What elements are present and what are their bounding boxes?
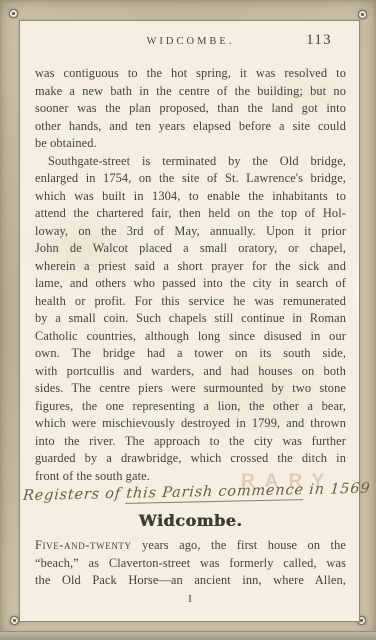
text-line: with portcullis and warders, and had hou…: [35, 363, 346, 381]
page-number: 113: [306, 32, 332, 49]
text-line: the Old Pack Horse—an ancient inn, where…: [35, 572, 346, 590]
text-line: was contiguous to the hot spring, it was…: [35, 65, 346, 83]
text-line: health or profit. For this service he wa…: [35, 293, 346, 311]
text-line: Five-and-twenty years ago, the first hou…: [35, 537, 346, 555]
text-line: sooner was the plan proposed, than the l…: [35, 100, 346, 118]
text-line: make a new bath in the centre of the bui…: [35, 83, 346, 101]
annotation-text-start: Registers of: [22, 486, 127, 504]
text-line: sides. The centre piers were surmounted …: [35, 380, 346, 398]
corner-eyelet-top-left: [8, 8, 19, 19]
text-line: guarded by a drawbridge, which crossed t…: [35, 450, 346, 468]
signature-mark: I: [35, 593, 346, 605]
text-line: which were mischievously destroyed in 17…: [35, 415, 346, 433]
text-line: Catholic countries, although long since …: [35, 328, 346, 346]
page-content: WIDCOMBE. 113 was contiguous to the hot …: [35, 33, 346, 615]
section-heading-widcombe: Widcombe.: [35, 511, 346, 530]
photo-mat: RARY WIDCOMBE. 113 was contiguous to the…: [0, 0, 376, 640]
paragraph-southgate-street: Southgate-street is terminated by the Ol…: [35, 153, 346, 486]
text-line: loway, on the 3rd of May, annually. Upon…: [35, 223, 346, 241]
text-line: attend the chartered fair, then held on …: [35, 205, 346, 223]
text-line: figures, the one representing a lion, th…: [35, 398, 346, 416]
scanned-book-page-photo: { "page": { "header": { "running_title":…: [0, 0, 376, 640]
page-header: WIDCOMBE. 113: [35, 33, 346, 49]
annotation-text-end: in 1569: [303, 481, 371, 498]
corner-eyelet-top-right: [357, 9, 368, 20]
text-line: be obtained.: [35, 135, 346, 153]
text-line: John de Walcot placed a small oratory, o…: [35, 240, 346, 258]
text-line: by a small coin. Such chapels still cont…: [35, 310, 346, 328]
book-page: RARY WIDCOMBE. 113 was contiguous to the…: [19, 20, 360, 622]
mount-bottom-edge: [0, 632, 376, 640]
small-caps-lead: Five-and-twenty: [35, 538, 132, 552]
text-line: other hands, and ten years elapsed befor…: [35, 118, 346, 136]
paragraph-five-and-twenty: Five-and-twenty years ago, the first hou…: [35, 537, 346, 590]
text-line: Southgate-street is terminated by the Ol…: [35, 153, 346, 171]
text-line: “beach,” as Claverton-street was formerl…: [35, 555, 346, 573]
running-title: WIDCOMBE.: [35, 33, 346, 47]
text-line: into the river. The approach to the city…: [35, 433, 346, 451]
text-line: own. The bridge had a tower on its south…: [35, 345, 346, 363]
text-line: which was built in 1304, to enable the i…: [35, 188, 346, 206]
annotation-text-underlined: this Parish commence: [125, 482, 304, 504]
text-line: wherein a priest said a short prayer for…: [35, 258, 346, 276]
text-line: lame, and others who passed into the cit…: [35, 275, 346, 293]
paragraph-hot-spring: was contiguous to the hot spring, it was…: [35, 65, 346, 153]
text-line: enlarged in 1754, on the site of St. Law…: [35, 170, 346, 188]
